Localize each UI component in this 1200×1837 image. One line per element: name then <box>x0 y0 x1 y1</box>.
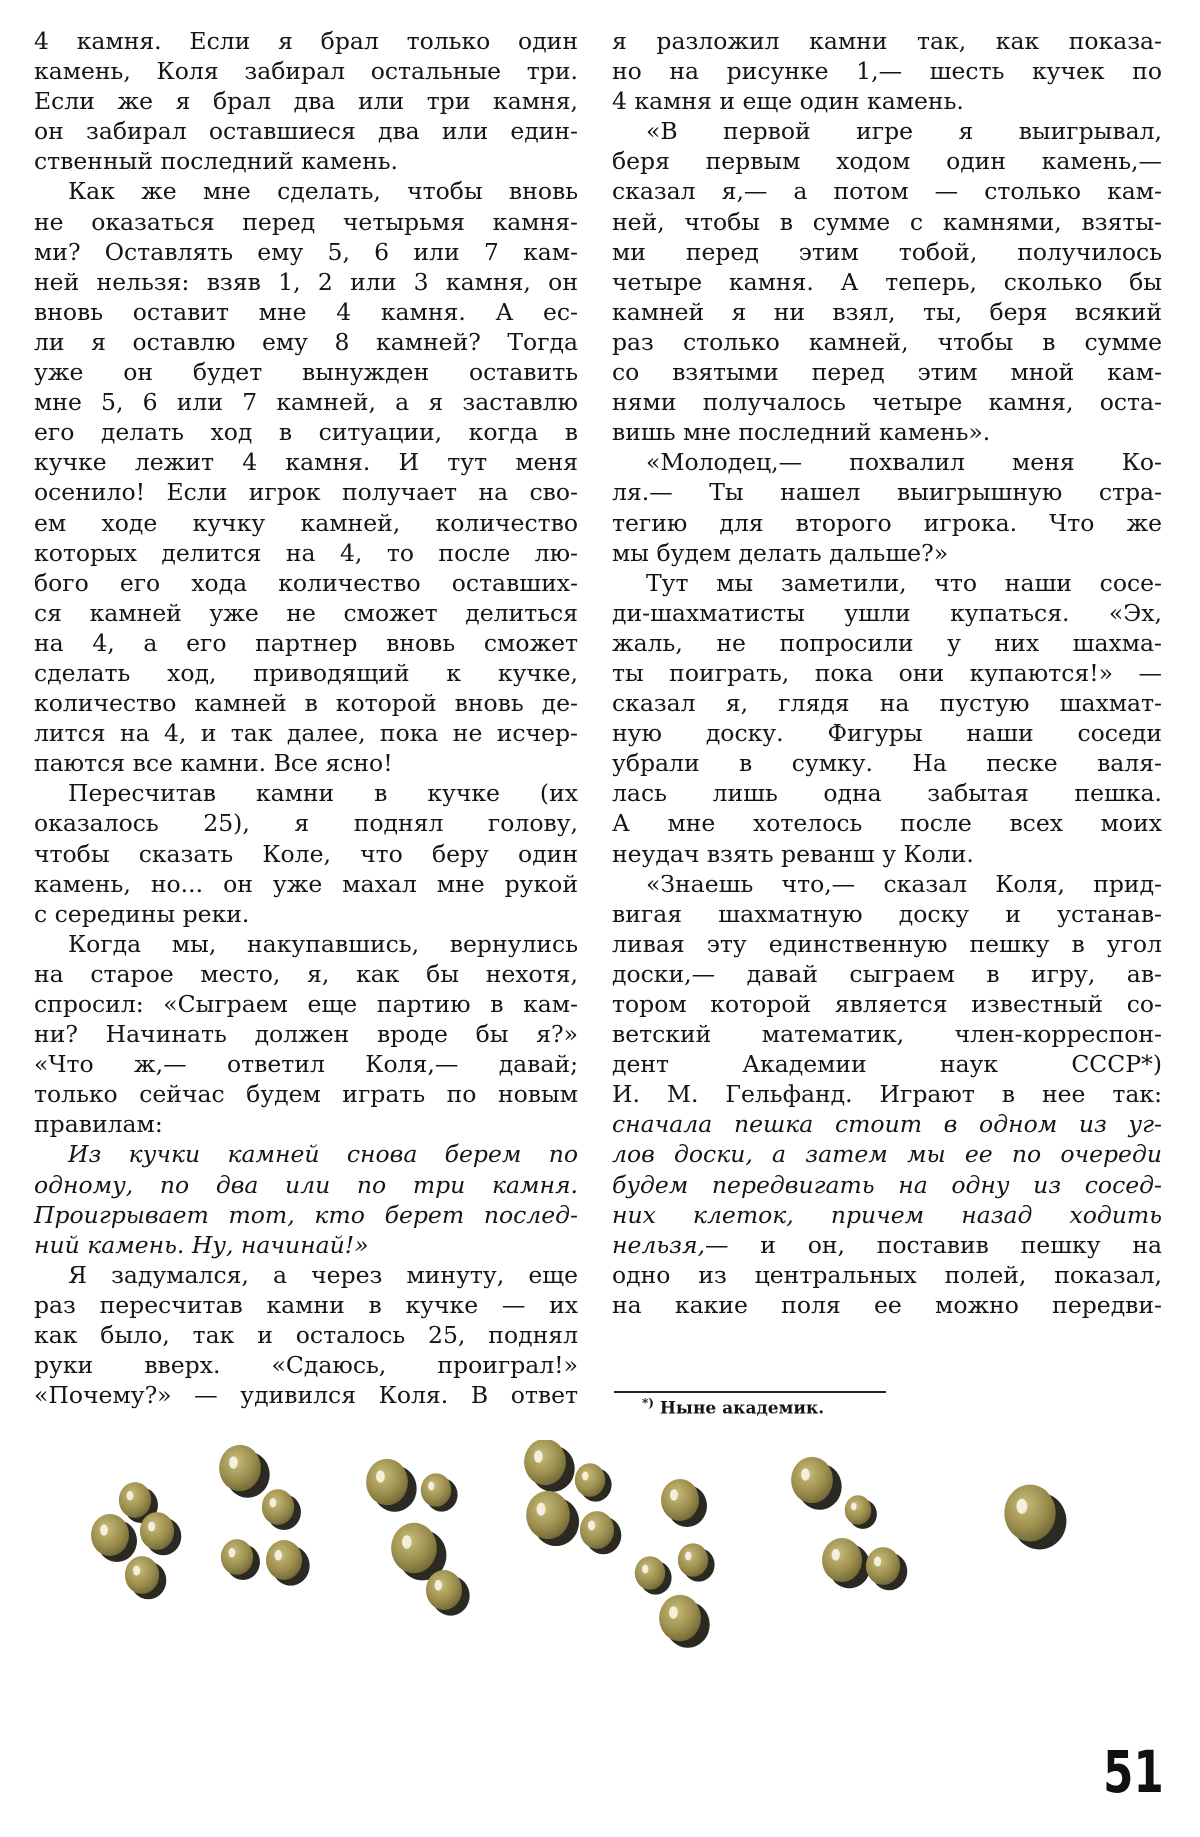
text-line: ди-шахматисты ушли купаться. «Эх, <box>612 598 1162 628</box>
stone-icon <box>526 1491 570 1539</box>
text-line: «Молодец,— похвалил меня Ко- <box>612 447 1162 477</box>
text-line: И. М. Гельфанд. Играют в нее так: <box>612 1079 1162 1109</box>
text-line: сказал я, глядя на пустую шахмат- <box>612 688 1162 718</box>
stone-group <box>91 1482 181 1599</box>
text-line: спросил: «Сыграем еще партию в кам- <box>34 989 578 1019</box>
text-line: Тут мы заметили, что наши сосе- <box>612 568 1162 598</box>
text-line: осенило! Если игрок получает на сво- <box>34 477 578 507</box>
text-line: А мне хотелось после всех моих <box>612 808 1162 838</box>
text-line: Пересчитав камни в кучке (их <box>34 778 578 808</box>
text-line: ней, чтобы в сумме с камнями, взяты- <box>612 207 1162 237</box>
text-line: ем ходе кучку камней, количество <box>34 508 578 538</box>
text-line: он забирал оставшиеся два или един- <box>34 116 578 146</box>
text-line: ля.— Ты нашел выигрышную стра- <box>612 477 1162 507</box>
text-line: его делать ход в ситуации, когда в <box>34 417 578 447</box>
stone-icon <box>91 1514 129 1556</box>
stone-icon <box>791 1457 833 1503</box>
text-line: ты поиграть, пока они купаются!» — <box>612 658 1162 688</box>
stone-icon <box>659 1595 701 1641</box>
left-text-column: 4 камня. Если я брал только одинкамень, … <box>34 26 578 1410</box>
stone-icon <box>391 1523 437 1573</box>
text-line: с середины реки. <box>34 899 578 929</box>
text-line: мне 5, 6 или 7 камней, а я заставлю <box>34 387 578 417</box>
text-line: ми перед этим тобой, получилось <box>612 237 1162 267</box>
text-line: убрали в сумку. На песке валя- <box>612 748 1162 778</box>
text-line: ся камней уже не сможет делиться <box>34 598 578 628</box>
stone-icon <box>678 1543 708 1577</box>
text-line: на 4, а его партнер вновь сможет <box>34 628 578 658</box>
stone-icon <box>845 1495 872 1524</box>
stone-icon <box>266 1540 302 1580</box>
stone-icon <box>866 1547 900 1585</box>
text-line: на какие поля ее можно передви- <box>612 1290 1162 1320</box>
text-line: камней я ни взял, ты, беря всякий <box>612 297 1162 327</box>
text-line: оказалось 25), я поднял голову, <box>34 808 578 838</box>
text-line: тегию для второго игрока. Что же <box>612 508 1162 538</box>
text-line: «Почему?» — удивился Коля. В ответ <box>34 1380 578 1410</box>
text-line: со взятыми перед этим мной кам- <box>612 357 1162 387</box>
text-line: Если же я брал два или три камня, <box>34 86 578 116</box>
stones-illustration <box>0 1440 1200 1740</box>
text-line: но на рисунке 1,— шесть кучек по <box>612 56 1162 86</box>
text-line: чтобы сказать Коле, что беру один <box>34 839 578 869</box>
footnote-text: Ныне академик. <box>660 1399 824 1419</box>
text-line: ни? Начинать должен вроде бы я?» <box>34 1019 578 1049</box>
text-line: жаль, не попросили у них шахма- <box>612 628 1162 658</box>
text-line: доски,— давай сыграем в игру, ав- <box>612 959 1162 989</box>
text-line: сказал я,— а потом — столько кам- <box>612 176 1162 206</box>
text-line: вишь мне последний камень». <box>612 417 1162 447</box>
text-line: количество камней в которой вновь де- <box>34 688 578 718</box>
stone-icon <box>524 1440 566 1485</box>
text-line: Проигрывает тот, кто берет послед- <box>34 1200 578 1230</box>
stone-icon <box>125 1556 159 1594</box>
text-line: не оказаться перед четырьмя камня- <box>34 207 578 237</box>
text-line: паются все камни. Все ясно! <box>34 748 578 778</box>
text-line: ную доску. Фигуры наши соседи <box>612 718 1162 748</box>
text-line: четыре камня. А теперь, сколько бы <box>612 267 1162 297</box>
text-line: ли я оставлю ему 8 камней? Тогда <box>34 327 578 357</box>
text-line: 4 камня и еще один камень. <box>612 86 1162 116</box>
stone-icon <box>219 1445 261 1491</box>
text-line: одно из центральных полей, показал, <box>612 1260 1162 1290</box>
text-line: руки вверх. «Сдаюсь, проиграл!» <box>34 1350 578 1380</box>
text-line: я разложил камни так, как показа- <box>612 26 1162 56</box>
text-line: тором которой является известный со- <box>612 989 1162 1019</box>
text-line: 4 камня. Если я брал только один <box>34 26 578 56</box>
text-line: ней нельзя: взяв 1, 2 или 3 камня, он <box>34 267 578 297</box>
right-text-column: я разложил камни так, как показа-но на р… <box>612 26 1162 1320</box>
text-line: вновь оставит мне 4 камня. А ес- <box>34 297 578 327</box>
stone-icon <box>575 1463 605 1497</box>
stone-icon <box>140 1512 174 1550</box>
text-line: нельзя,— и он, поставив пешку на <box>612 1230 1162 1260</box>
text-line: одному, по два или по три камня. <box>34 1170 578 1200</box>
footnote-marker: *) <box>642 1396 654 1410</box>
text-line: Как же мне сделать, чтобы вновь <box>34 176 578 206</box>
text-line: уже он будет вынужден оставить <box>34 357 578 387</box>
text-line: только сейчас будем играть по новым <box>34 1079 578 1109</box>
stone-icon <box>119 1482 151 1518</box>
text-line: ветский математик, член-корреспон- <box>612 1019 1162 1049</box>
text-line: Когда мы, накупавшись, вернулись <box>34 929 578 959</box>
text-line: правилам: <box>34 1109 578 1139</box>
stone-icon <box>1004 1485 1055 1542</box>
text-line: сначала пешка стоит в одном из уг- <box>612 1109 1162 1139</box>
text-line: ми? Оставлять ему 5, 6 или 7 кам- <box>34 237 578 267</box>
text-line: кучке лежит 4 камня. И тут меня <box>34 447 578 477</box>
text-line: Из кучки камней снова берем по <box>34 1139 578 1169</box>
stone-icon <box>421 1473 451 1507</box>
text-line: Я задумался, а через минуту, еще <box>34 1260 578 1290</box>
text-line: вигая шахматную доску и устанав- <box>612 899 1162 929</box>
stone-icon <box>635 1556 665 1590</box>
text-line: камень, Коля забирал остальные три. <box>34 56 578 86</box>
text-line: камень, но... он уже махал мне рукой <box>34 869 578 899</box>
text-line: нями получалось четыре камня, оста- <box>612 387 1162 417</box>
text-line: на старое место, я, как бы нехотя, <box>34 959 578 989</box>
text-line: беря первым ходом один камень,— <box>612 146 1162 176</box>
text-line: лов доски, а затем мы ее по очереди <box>612 1139 1162 1169</box>
text-line: «Что ж,— ответил Коля,— давай; <box>34 1049 578 1079</box>
text-line: ний камень. Ну, начинай!» <box>34 1230 578 1260</box>
stone-icon <box>426 1570 462 1610</box>
text-line: раз столько камней, чтобы в сумме <box>612 327 1162 357</box>
text-line: «В первой игре я выигрывал, <box>612 116 1162 146</box>
stone-group <box>1004 1485 1066 1550</box>
stone-group <box>635 1479 715 1648</box>
stone-icon <box>580 1511 614 1549</box>
text-line: бого его хода количество оставших- <box>34 568 578 598</box>
text-line: сделать ход, приводящий к кучке, <box>34 658 578 688</box>
stone-group <box>791 1457 907 1590</box>
text-line: раз пересчитав камни в кучке — их <box>34 1290 578 1320</box>
text-line: них клеток, причем назад ходить <box>612 1200 1162 1230</box>
stone-icon <box>221 1539 253 1575</box>
text-line: лится на 4, и так далее, пока не исчер- <box>34 718 578 748</box>
text-line: ственный последний камень. <box>34 146 578 176</box>
text-line: «Знаешь что,— сказал Коля, прид- <box>612 869 1162 899</box>
text-line: неудач взять реванш у Коли. <box>612 839 1162 869</box>
stone-icon <box>366 1459 408 1505</box>
text-line: мы будем делать дальше?» <box>612 538 1162 568</box>
text-line: ливая эту единственную пешку в угол <box>612 929 1162 959</box>
text-line: как было, так и осталось 25, поднял <box>34 1320 578 1350</box>
text-line: лась лишь одна забытая пешка. <box>612 778 1162 808</box>
footnote-divider <box>614 1391 886 1393</box>
text-line: будем передвигать на одну из сосед- <box>612 1170 1162 1200</box>
stone-group <box>219 1445 310 1586</box>
text-line: которых делится на 4, то после лю- <box>34 538 578 568</box>
stone-group <box>366 1459 470 1616</box>
stone-icon <box>661 1479 699 1521</box>
page-number: 51 <box>1103 1738 1164 1806</box>
footnote: *) Ныне академик. <box>642 1396 824 1419</box>
stone-group <box>524 1440 621 1554</box>
stone-icon <box>262 1489 294 1525</box>
stone-icon <box>822 1538 862 1582</box>
text-line: дент Академии наук СССР*) <box>612 1049 1162 1079</box>
